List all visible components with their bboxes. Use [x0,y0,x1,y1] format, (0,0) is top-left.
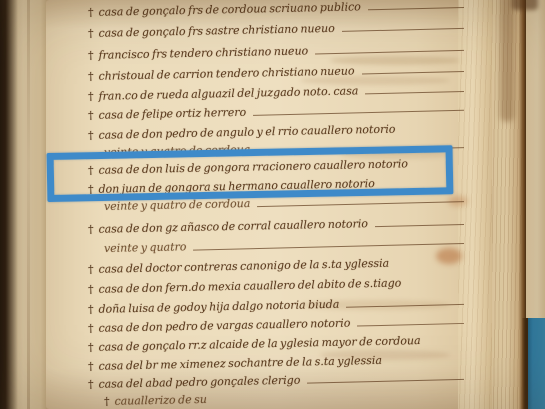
cross-mark-icon: † [88,262,94,277]
ink-rule [193,242,464,251]
ink-rule [362,70,464,75]
cross-mark-icon: † [88,69,94,84]
cross-mark-icon: † [88,222,94,237]
manuscript-photo: †casa de gonçalo frs de cordoua scriuano… [0,0,545,409]
manuscript-lines: †casa de gonçalo frs de cordoua scriuano… [0,0,545,409]
cross-mark-icon: † [88,302,94,317]
ink-rule [357,322,464,327]
ink-rule [365,90,464,94]
line-text: casa de don gz añasco de corral caualler… [98,216,368,237]
manuscript-line: †casa del doctor contreras canonigo de l… [88,254,466,277]
manuscript-line: †casa de gonçalo frs sastre christiano n… [88,18,466,41]
cross-mark-icon: † [88,5,94,20]
cross-mark-icon: † [88,89,94,104]
ink-rule [346,303,464,308]
line-text: casa del doctor contreras canonigo de la… [98,256,389,277]
manuscript-line: †casa de felipe ortiz herrero [88,100,466,123]
line-text: casa de gonçalo frs sastre christiano nu… [98,21,335,41]
line-text: fran.co de rueda alguazil del juzgado no… [98,83,358,103]
ink-rule [253,109,464,116]
line-text: cauallerizo de su [114,392,207,409]
ink-rule [368,6,464,10]
line-text: casa de don pedro de vargas cauallero no… [98,316,350,336]
line-text: casa de gonçalo rr.z alcaide de la ygles… [98,333,420,355]
ink-rule [315,49,464,55]
cross-mark-icon: † [104,394,110,409]
cross-mark-icon: † [88,128,94,143]
ink-rule [307,378,464,384]
highlight-box [47,145,454,202]
cross-mark-icon: † [88,377,94,392]
cross-mark-icon: † [88,359,94,374]
line-text: casa del br me ximenez sochantre de la s… [98,353,382,374]
manuscript-line: †casa de don fern.do mexia cauallero del… [88,274,466,297]
ink-rule [257,200,464,207]
line-text: casa de don fern.do mexia cauallero del … [98,275,401,296]
line-text: casa de felipe ortiz herrero [98,105,246,123]
line-text: christoual de carrion tendero christiano… [98,63,354,83]
cross-mark-icon: † [88,321,94,336]
ink-rule [375,223,464,227]
manuscript-line: †casa de gonçalo frs de cordoua scriuano… [88,0,466,20]
line-text: casa de gonçalo frs de cordoua scriuano … [98,0,361,20]
cross-mark-icon: † [88,282,94,297]
manuscript-line: veinte y quatro [104,233,466,256]
manuscript-line: †francisco frs tendero christiano nueuo [88,40,466,63]
cross-mark-icon: † [88,26,94,41]
line-text: francisco frs tendero christiano nueuo [98,43,308,62]
manuscript-line: †casa de don gz añasco de corral caualle… [88,214,466,237]
cross-mark-icon: † [88,108,94,123]
cross-mark-icon: † [88,48,94,63]
line-text: casa del abad pedro gonçales clerigo [98,373,300,392]
line-text: veinte y quatro [104,239,187,256]
cross-mark-icon: † [88,340,94,355]
line-text: doña luisa de godoy hija dalgo notoria b… [98,297,339,317]
manuscript-line: †christoual de carrion tendero christian… [88,61,466,84]
ink-rule [342,27,464,32]
